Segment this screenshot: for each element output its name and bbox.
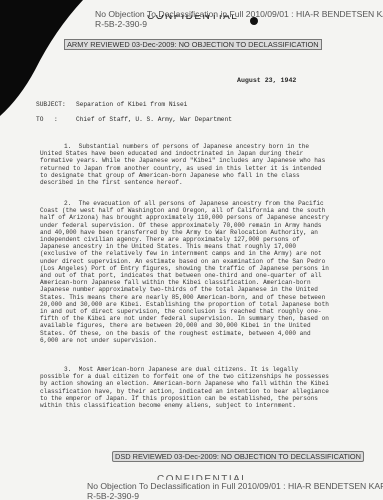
paragraph-2: 2. The evacuation of all persons of Japa… (40, 200, 330, 344)
banner-line: R-5B-2-390-9 (87, 491, 383, 500)
dsd-review-stamp: DSD REVIEWED 03-Dec-2009: NO OBJECTION T… (112, 451, 364, 462)
letter-date: August 23, 1942 (237, 77, 296, 84)
to-separator: : (54, 116, 76, 123)
paragraph-number: 1. (64, 143, 71, 150)
declassification-banner-bottom: No Objection To Declassification in Full… (87, 481, 383, 500)
punch-hole-icon (250, 17, 258, 25)
subject-line: SUBJECT:Separation of Kibei from Nisei (36, 101, 187, 108)
paragraph-3: 3. Most American-born Japanese are dual … (40, 366, 330, 409)
army-review-stamp: ARMY REVIEWED 03-Dec-2009: NO OBJECTION … (64, 39, 322, 50)
paragraph-text: The evacuation of all persons of Japanes… (40, 200, 329, 344)
banner-line: R-5B-2-390-9 (95, 19, 383, 29)
classification-marking-top: CONFIDENTIAL (147, 15, 238, 23)
declassification-banner-top: No Objection To Declassification in Full… (95, 9, 383, 29)
to-line: TO:Chief of Staff, U. S. Army, War Depar… (36, 116, 232, 123)
subject-label: SUBJECT: (36, 101, 76, 108)
banner-line: No Objection To Declassification in Full… (87, 481, 383, 491)
paragraph-text: Substantial numbers of persons of Japane… (40, 143, 325, 186)
paragraph-1: 1. Substantial numbers of persons of Jap… (40, 143, 330, 186)
paragraph-number: 2. (64, 200, 71, 207)
paragraph-text: Most American-born Japanese are dual cit… (40, 366, 329, 409)
to-label: TO (36, 116, 54, 123)
subject-text: Separation of Kibei from Nisei (76, 101, 187, 108)
classification-marking-bottom: CONFIDENTIAL (157, 474, 248, 480)
to-text: Chief of Staff, U. S. Army, War Departme… (76, 116, 232, 123)
banner-line: No Objection To Declassification in Full… (95, 9, 383, 19)
paragraph-number: 3. (64, 366, 71, 373)
